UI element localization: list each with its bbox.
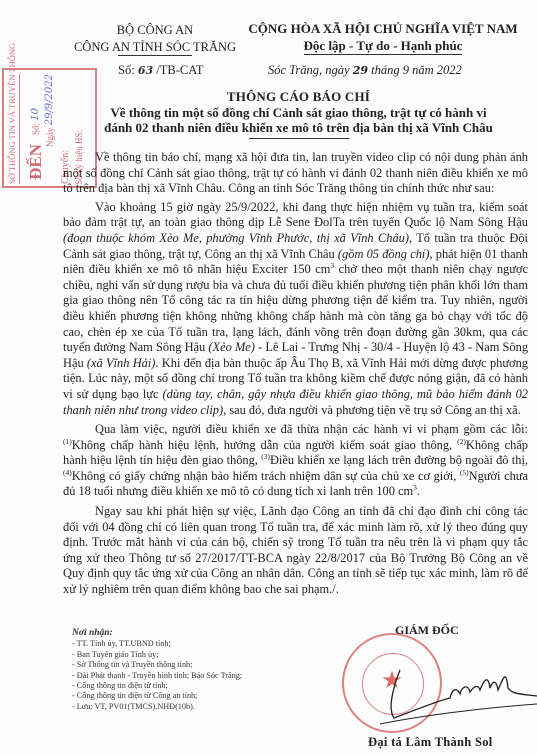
paragraph-action: Ngay sau khi phát hiện sự việc, Lãnh đạo… (63, 504, 528, 598)
text-run-italic: (đoạn thuộc khóm Xẻo Me, phường Vĩnh Phư… (63, 231, 409, 245)
country-name: CỘNG HÒA XÃ HỘI CHỦ NGHĨA VIỆT NAM (248, 20, 518, 37)
document-number: Số: 63 /TB-CAT (118, 63, 203, 78)
stamp-organization: SỞ THÔNG TIN VÀ TRUYỀN THÔNG (7, 74, 20, 184)
violation-text: Điều khiển xe lạng lách trên đường bộ ng… (270, 453, 528, 467)
violation-text: Không chấp hành hiệu lệnh, hướng dẫn của… (72, 438, 457, 452)
national-header: CỘNG HÒA XÃ HỘI CHỦ NGHĨA VIỆT NAM Độc l… (248, 20, 518, 55)
doc-number-suffix: /TB-CAT (156, 63, 203, 77)
stamp-number: Số: 10 (30, 108, 41, 135)
document-subtitle-line2: đánh 02 thanh niên điều khiển xe mô tô t… (60, 120, 537, 136)
paragraph-incident: Vào khoảng 15 giờ ngày 25/9/2022, khi đa… (63, 200, 528, 418)
signer-name: Đại tá Lâm Thành Sol (368, 735, 493, 750)
stamp-number-value: 10 (30, 108, 41, 121)
document-title: THÔNG CÁO BÁO CHÍ (60, 89, 537, 105)
violation-item: (1)Không chấp hành hiệu lệnh, hướng dẫn … (63, 438, 457, 452)
text-run: . (417, 484, 420, 498)
stamp-label: ĐẾN (26, 144, 46, 180)
recipient-item: - TT. Tỉnh ủy, TT.UBND tỉnh; (72, 639, 242, 649)
text-run: , sau đó, đưa người và phương tiện về tr… (223, 403, 521, 417)
issuer-block: BỘ CÔNG AN CÔNG AN TỈNH SÓC TRĂNG (64, 22, 246, 56)
stamp-date-label: Ngày (45, 128, 55, 148)
text-run-italic: (gồm 05 đồng chí) (338, 247, 430, 261)
paragraph-intro: Về thông tin báo chí, mạng xã hội đưa ti… (63, 150, 528, 197)
violation-item: (4)Không có giấy chứng nhận bảo hiểm trá… (63, 469, 460, 483)
recipient-item: - Đài Phát thanh - Truyền hình tỉnh; Báo… (72, 671, 242, 681)
violation-text: Không có giấy chứng nhận bảo hiểm trách … (72, 469, 460, 483)
ministry-name: BỘ CÔNG AN (64, 22, 246, 39)
violation-number: (1) (63, 437, 72, 446)
date-suffix: tháng 9 năm 2022 (371, 63, 462, 77)
recipient-item: - Cổng thông tin điện tử tỉnh; (72, 681, 242, 691)
text-run: Vào khoảng 15 giờ ngày 25/9/2022, khi đa… (63, 200, 528, 230)
text-run-italic: (Xẻo Me) (208, 340, 255, 354)
signer-title: GIÁM ĐỐC (395, 623, 459, 638)
violation-number: (3) (261, 452, 270, 461)
document-page: BỘ CÔNG AN CÔNG AN TỈNH SÓC TRĂNG CỘNG H… (0, 0, 537, 755)
recipient-item: - Ban Tuyên giáo Tỉnh ủy; (72, 650, 242, 660)
recipient-item: - Cổng thông tin điện tử Công an tỉnh; (72, 691, 242, 701)
violation-number: (5) (460, 468, 469, 477)
document-body: Về thông tin báo chí, mạng xã hội đưa ti… (63, 150, 528, 602)
title-underline (249, 138, 349, 139)
recipient-item: - Lưu: VT, PV01(TMCS).NHĐ(10b). (72, 702, 242, 712)
department-name: CÔNG AN TỈNH SÓC TRĂNG (74, 39, 236, 56)
doc-number-prefix: Số: (118, 63, 135, 77)
violation-number: (2) (457, 437, 466, 446)
document-subtitle-line1: Về thông tin một số đồng chí Cảnh sát gi… (60, 105, 537, 121)
signature-icon (380, 660, 537, 730)
stamp-number-label: Số: (31, 123, 41, 135)
stamp-date: Ngày 29/9/2022 (44, 74, 55, 147)
recipient-item: - Sở Thông tin và Truyền thông tỉnh; (72, 660, 242, 670)
paragraph-violations: Qua làm việc, người điều khiển xe đã thừ… (63, 422, 528, 500)
stamp-date-value: 29/9/2022 (44, 74, 55, 125)
recipients-label: Nơi nhận: (72, 628, 242, 638)
violation-item: (3)Điều khiển xe lạng lách trên đường bộ… (261, 453, 528, 467)
national-motto: Độc lập - Tự do - Hạnh phúc (304, 38, 463, 55)
doc-number-value: 63 (138, 64, 153, 77)
text-run: Qua làm việc, người điều khiển xe đã thừ… (95, 422, 528, 436)
recipients-block: Nơi nhận: - TT. Tỉnh ủy, TT.UBND tỉnh; -… (72, 628, 242, 712)
date-line: Sóc Trăng, ngày 29 tháng 9 năm 2022 (268, 63, 462, 78)
date-prefix: Sóc Trăng, ngày (268, 63, 350, 77)
text-run-italic: (xã Vĩnh Hải) (87, 356, 156, 370)
violation-number: (4) (63, 468, 72, 477)
date-day: 29 (353, 64, 368, 77)
document-title-block: THÔNG CÁO BÁO CHÍ Về thông tin một số đồ… (60, 89, 537, 139)
